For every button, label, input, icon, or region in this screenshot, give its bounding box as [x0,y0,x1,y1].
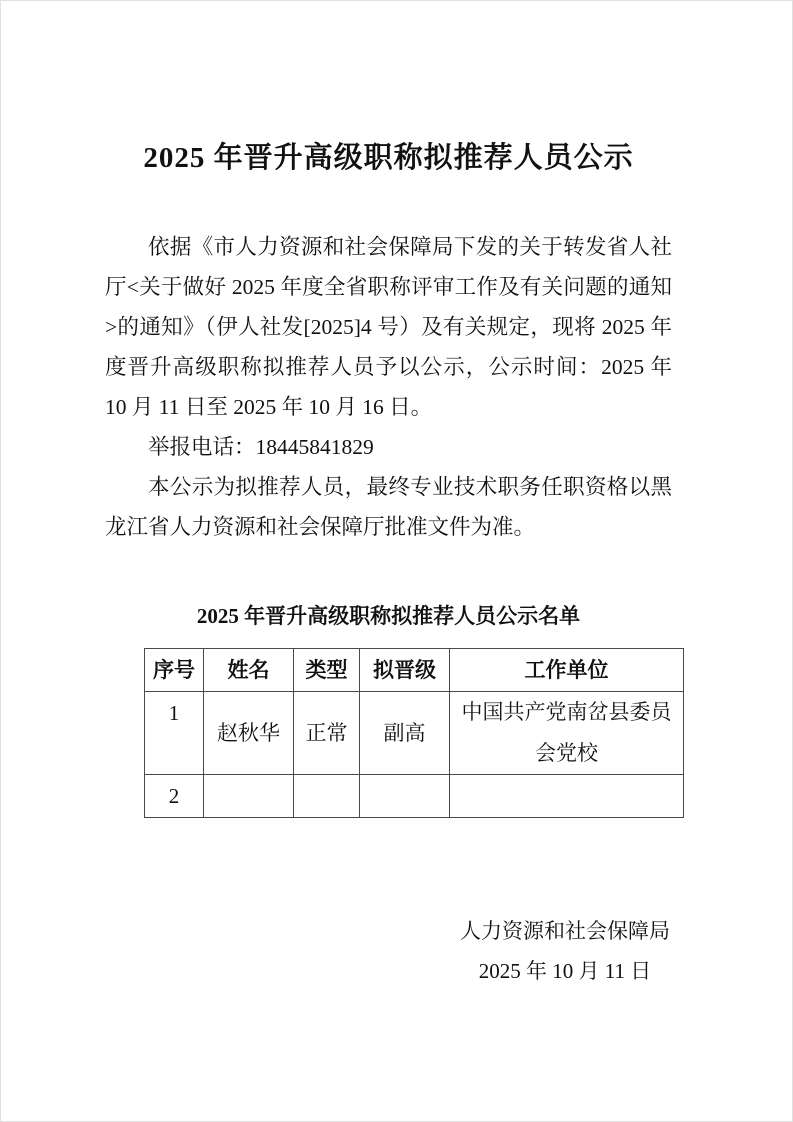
cell-no: 2 [145,775,204,818]
paragraph-disclaimer: 本公示为拟推荐人员，最终专业技术职务任职资格以黑龙江省人力资源和社会保障厅批准文… [105,467,672,547]
signature-block: 人力资源和社会保障局 2025 年 10 月 11 日 [425,911,705,991]
cell-level [360,775,450,818]
announcement-page: 2025 年晋升高级职称拟推荐人员公示 依据《市人力资源和社会保障局下发的关于转… [0,0,793,1122]
cell-unit [450,775,684,818]
table-row: 1 赵秋华 正常 副高 中国共产党南岔县委员会党校 [145,692,684,775]
document-title: 2025 年晋升高级职称拟推荐人员公示 [105,140,672,176]
header-cell-no: 序号 [145,649,204,692]
cell-level: 副高 [360,692,450,775]
header-cell-type: 类型 [294,649,360,692]
roster-table-title: 2025 年晋升高级职称拟推荐人员公示名单 [105,601,672,631]
cell-type [294,775,360,818]
cell-name: 赵秋华 [204,692,294,775]
table-row: 2 [145,775,684,818]
header-cell-unit: 工作单位 [450,649,684,692]
table-header-row: 序号 姓名 类型 拟晋级 工作单位 [145,649,684,692]
header-cell-level: 拟晋级 [360,649,450,692]
cell-no: 1 [145,692,204,775]
document-body: 依据《市人力资源和社会保障局下发的关于转发省人社厅<关于做好 2025 年度全省… [105,227,672,547]
cell-name [204,775,294,818]
signature-org: 人力资源和社会保障局 [425,911,705,951]
paragraph-intro: 依据《市人力资源和社会保障局下发的关于转发省人社厅<关于做好 2025 年度全省… [105,227,672,427]
roster-table: 序号 姓名 类型 拟晋级 工作单位 1 赵秋华 正常 副高 中国共产党南岔县委员… [144,648,684,818]
paragraph-hotline: 举报电话：18445841829 [105,427,672,467]
cell-type: 正常 [294,692,360,775]
cell-unit: 中国共产党南岔县委员会党校 [450,692,684,775]
signature-date: 2025 年 10 月 11 日 [425,951,705,991]
header-cell-name: 姓名 [204,649,294,692]
